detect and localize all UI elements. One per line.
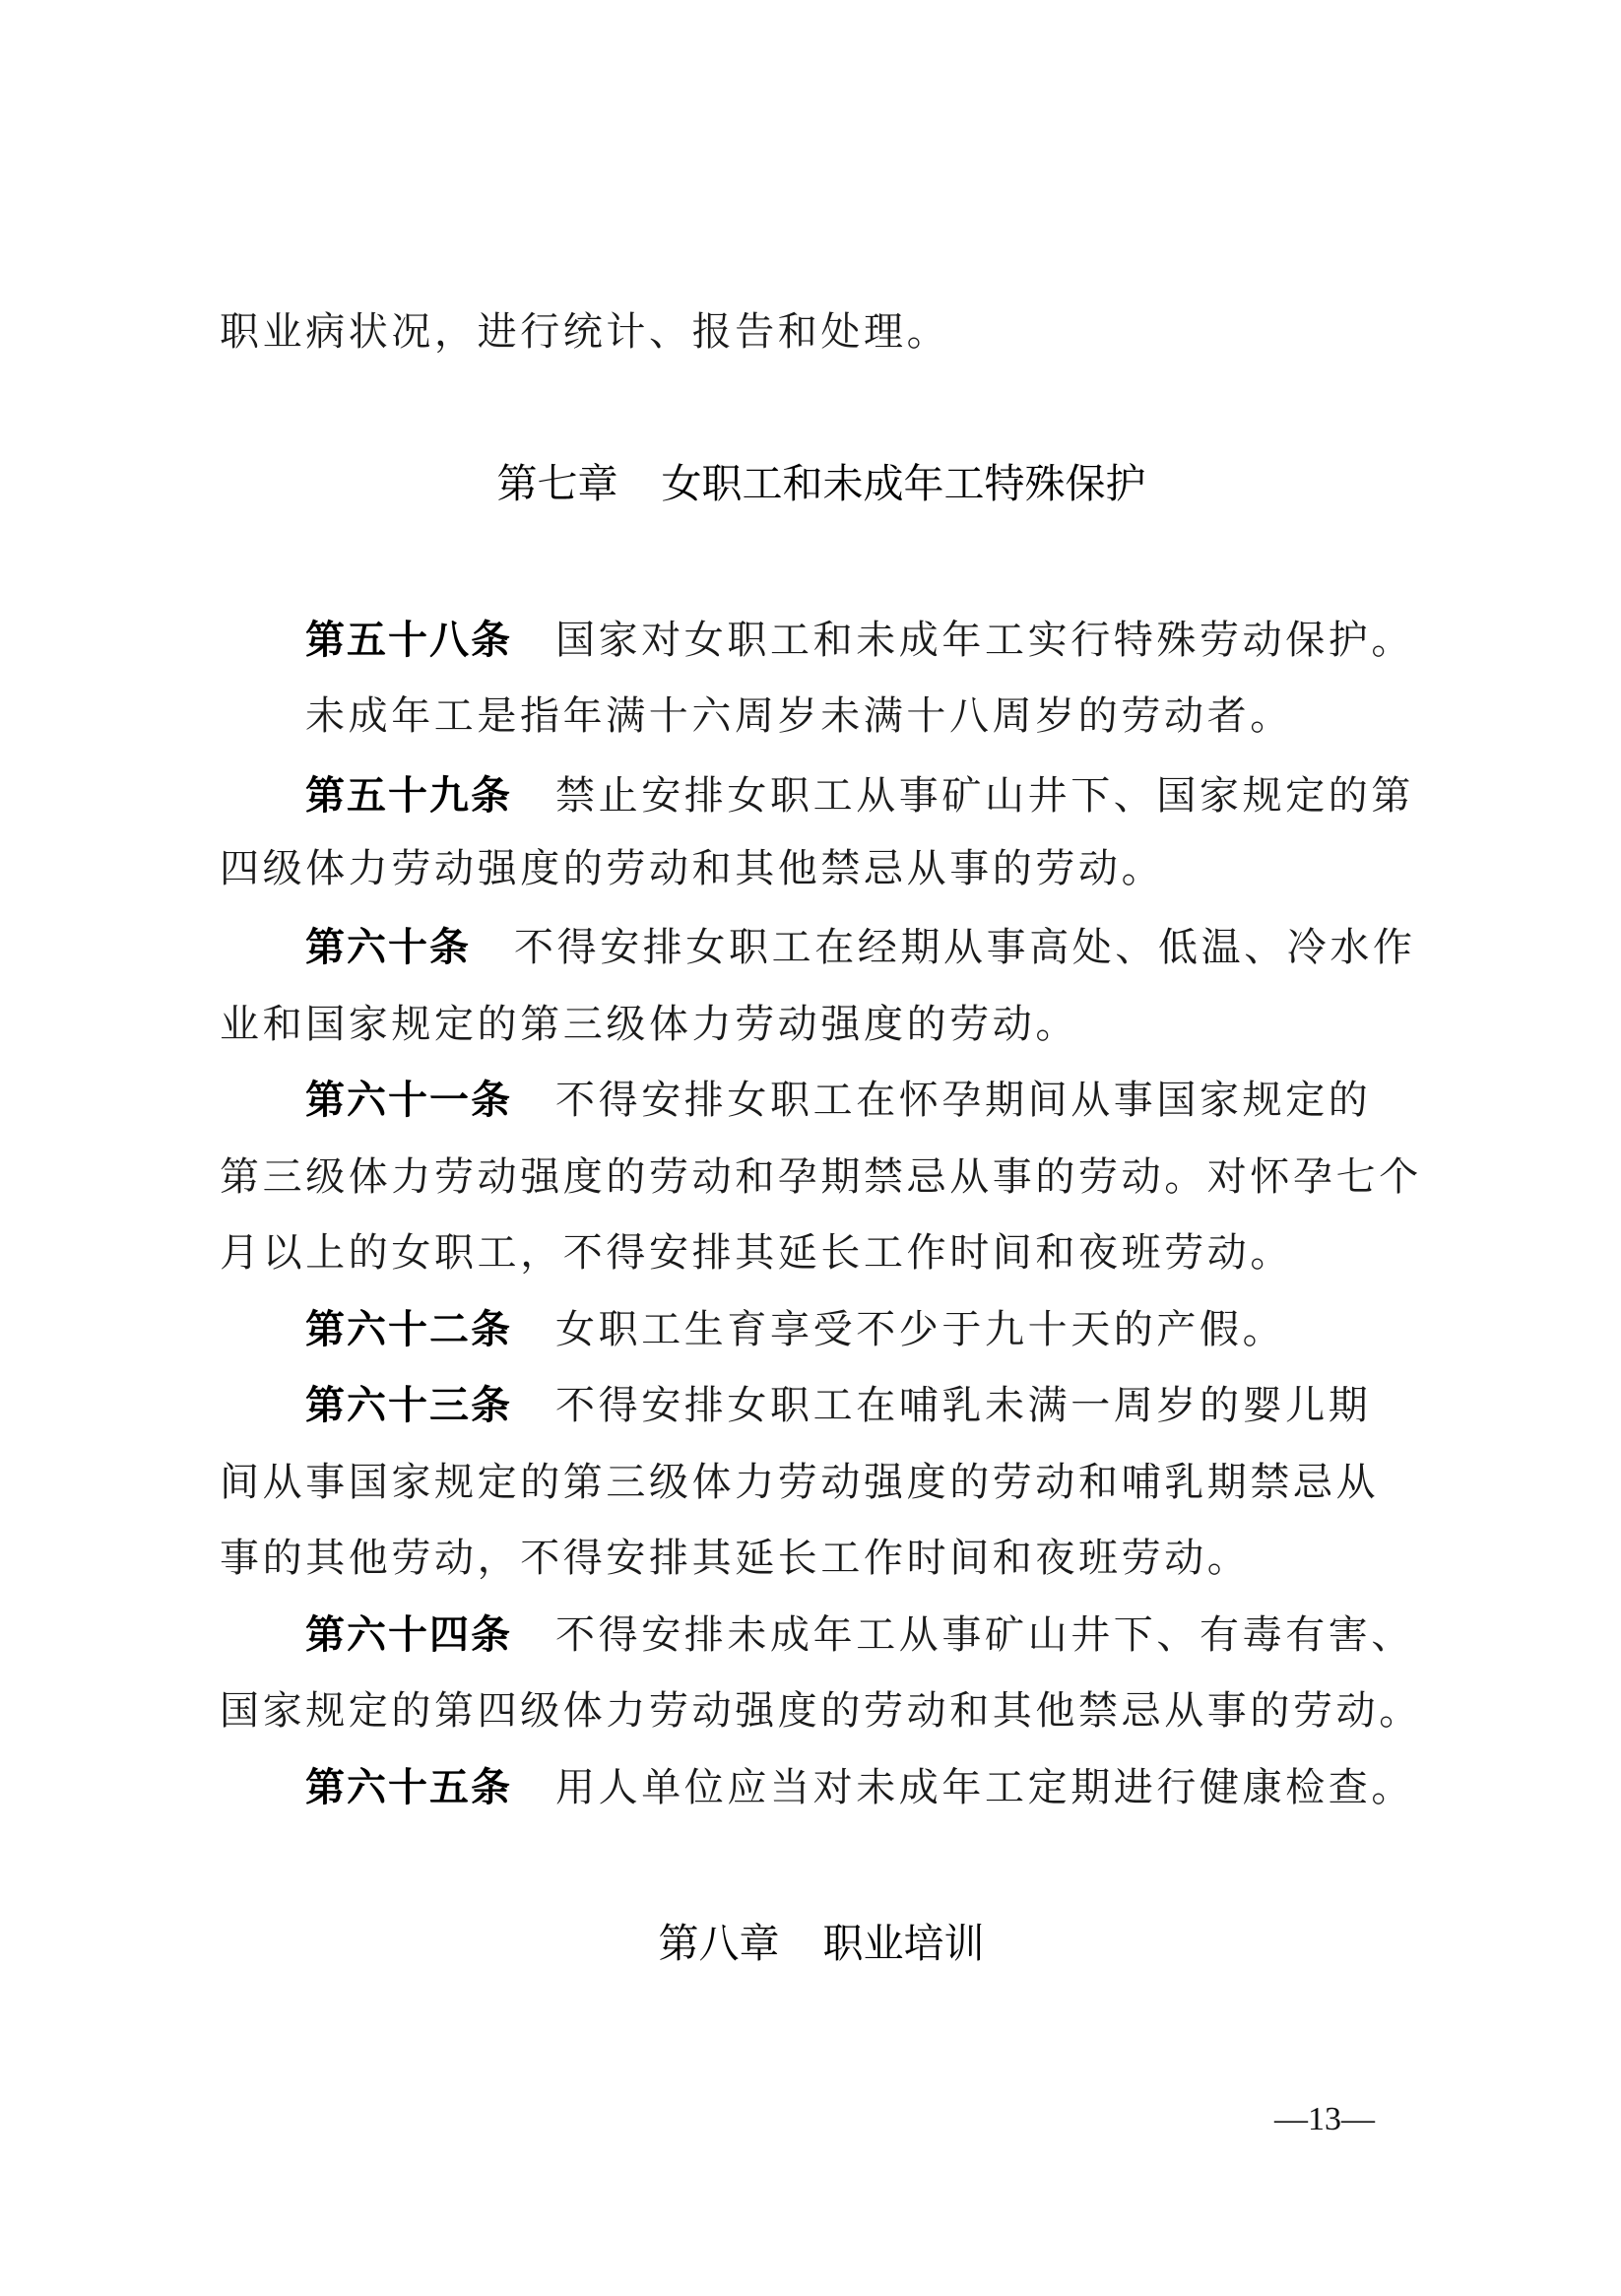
article-text: 事的其他劳动，不得安排其延长工作时间和夜班劳动。 [220, 1536, 1250, 1581]
article-63-continued: 间从事国家规定的第三级体力劳动强度的劳动和哺乳期禁忌从 [220, 1453, 1441, 1512]
page-number: —13— [1261, 2098, 1389, 2141]
article-text: 国家对女职工和未成年工实行特殊劳动保护。 [555, 618, 1414, 663]
article-text: 禁止安排女职工从事矿山井下、国家规定的第 [555, 773, 1414, 819]
article-59-continued: 四级体力劳动强度的劳动和其他禁忌从事的劳动。 [220, 839, 1441, 898]
article-number: 第六十二条 [305, 1307, 512, 1352]
article-text: 女职工生育享受不少于九十天的产假。 [555, 1307, 1285, 1352]
article-text: 月以上的女职工，不得安排其延长工作时间和夜班劳动。 [220, 1230, 1293, 1276]
chapter-title: 女职工和未成年工特殊保护 [662, 460, 1146, 507]
article-64: 第六十四条不得安排未成年工从事矿山井下、有毒有害、 [220, 1606, 1441, 1665]
article-text: 不得安排女职工在经期从事高处、低温、冷水作 [514, 925, 1416, 970]
article-63: 第六十三条不得安排女职工在哺乳未满一周岁的婴儿期 [220, 1376, 1441, 1435]
article-60-continued: 业和国家规定的第三级体力劳动强度的劳动。 [220, 995, 1441, 1054]
article-62: 第六十二条女职工生育享受不少于九十天的产假。 [220, 1300, 1441, 1359]
article-58-paragraph-2: 未成年工是指年满十六周岁未满十八周岁的劳动者。 [220, 687, 1441, 746]
article-64-continued: 国家规定的第四级体力劳动强度的劳动和其他禁忌从事的劳动。 [220, 1681, 1441, 1740]
article-number: 第六十条 [305, 925, 471, 970]
article-number: 第五十八条 [305, 618, 512, 663]
chapter-number: 第八章 [659, 1920, 780, 1967]
article-61-continued: 月以上的女职工，不得安排其延长工作时间和夜班劳动。 [220, 1223, 1441, 1282]
article-text: 未成年工是指年满十六周岁未满十八周岁的劳动者。 [305, 693, 1293, 739]
article-text: 间从事国家规定的第三级体力劳动强度的劳动和哺乳期禁忌从 [220, 1460, 1379, 1505]
article-text: 业和国家规定的第三级体力劳动强度的劳动。 [220, 1002, 1078, 1047]
continuation-paragraph: 职业病状况，进行统计、报告和处理。 [220, 302, 1441, 361]
article-60: 第六十条不得安排女职工在经期从事高处、低温、冷水作 [220, 918, 1441, 977]
chapter-number: 第七章 [497, 460, 618, 507]
article-text: 用人单位应当对未成年工定期进行健康检查。 [555, 1765, 1414, 1810]
article-text: 不得安排未成年工从事矿山井下、有毒有害、 [555, 1612, 1414, 1658]
chapter-title: 职业培训 [823, 1920, 985, 1967]
article-text: 不得安排女职工在怀孕期间从事国家规定的 [555, 1078, 1371, 1123]
article-number: 第六十三条 [305, 1383, 512, 1428]
document-page: 职业病状况，进行统计、报告和处理。 第七章女职工和未成年工特殊保护 第五十八条国… [0, 0, 1621, 2296]
article-63-continued: 事的其他劳动，不得安排其延长工作时间和夜班劳动。 [220, 1529, 1441, 1588]
article-text: 四级体力劳动强度的劳动和其他禁忌从事的劳动。 [220, 846, 1164, 891]
article-text: 第三级体力劳动强度的劳动和孕期禁忌从事的劳动。对怀孕七个 [220, 1154, 1422, 1200]
article-61-continued: 第三级体力劳动强度的劳动和孕期禁忌从事的劳动。对怀孕七个 [220, 1148, 1441, 1207]
article-number: 第六十四条 [305, 1612, 512, 1658]
article-text: 国家规定的第四级体力劳动强度的劳动和其他禁忌从事的劳动。 [220, 1688, 1422, 1734]
chapter-heading-7: 第七章女职工和未成年工特殊保护 [0, 454, 1621, 513]
article-65: 第六十五条用人单位应当对未成年工定期进行健康检查。 [220, 1758, 1441, 1817]
chapter-heading-8: 第八章职业培训 [0, 1914, 1621, 1973]
paragraph-text: 职业病状况，进行统计、报告和处理。 [220, 309, 949, 355]
article-number: 第六十五条 [305, 1765, 512, 1810]
article-58: 第五十八条国家对女职工和未成年工实行特殊劳动保护。 [220, 611, 1441, 670]
article-59: 第五十九条禁止安排女职工从事矿山井下、国家规定的第 [220, 766, 1441, 825]
article-text: 不得安排女职工在哺乳未满一周岁的婴儿期 [555, 1383, 1371, 1428]
article-61: 第六十一条不得安排女职工在怀孕期间从事国家规定的 [220, 1071, 1441, 1130]
article-number: 第五十九条 [305, 773, 512, 819]
article-number: 第六十一条 [305, 1078, 512, 1123]
